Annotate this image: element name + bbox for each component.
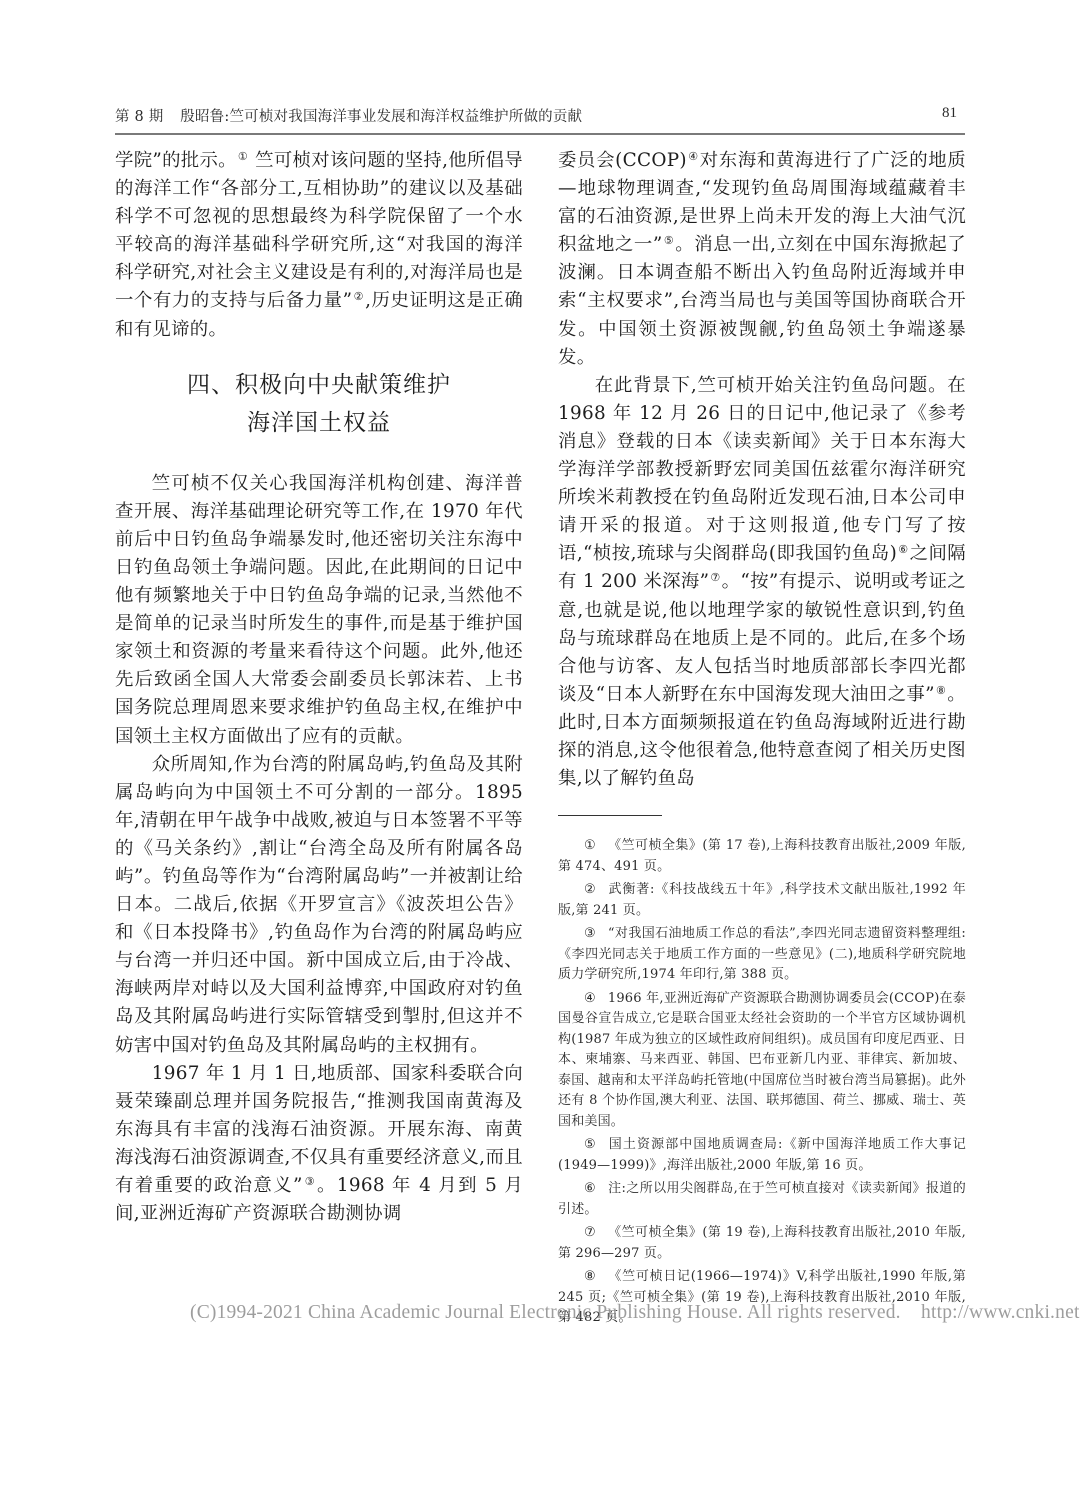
section-title-line1: 四、积极向中央献策维护 [115, 366, 523, 404]
left-paragraphs-before: 学院”的批示。① 竺可桢对该问题的坚持,他所倡导的海洋工作“各部分工,互相协助”… [115, 147, 523, 344]
copyright-watermark: (C)1994-2021 China Academic Journal Elec… [190, 1302, 1080, 1324]
paragraph-text: 委员会(CCOP) [558, 150, 687, 171]
body-paragraph: 1967 年 1 月 1 日,地质部、国家科委联合向聂荣臻副总理并国务院报告,“… [115, 1060, 523, 1229]
header-rule [115, 133, 965, 135]
footnote-reference[interactable]: ③ [304, 1175, 316, 1188]
footnote-mark: ④ [558, 989, 596, 1010]
body-paragraph: 众所周知,作为台湾的附属岛屿,钓鱼岛及其附属岛屿向为中国领土不可分割的一部分。1… [115, 751, 523, 1060]
footnote-separator [558, 815, 662, 816]
left-column: 学院”的批示。① 竺可桢对该问题的坚持,他所倡导的海洋工作“各部分工,互相协助”… [115, 147, 523, 1228]
footnote-text: 注:之所以用尖阁群岛,在于竺可桢直接对《读卖新闻》报道的引述。 [558, 1181, 966, 1217]
footnote-reference[interactable]: ⑤ [664, 234, 675, 247]
page-number: 81 [942, 105, 957, 122]
body-paragraph: 在此背景下,竺可桢开始关注钓鱼岛问题。在 1968 年 12 月 26 日的日记… [558, 372, 966, 793]
body-paragraph: 委员会(CCOP)④对东海和黄海进行了广泛的地质—地球物理调查,“发现钓鱼岛周围… [558, 147, 966, 372]
footnote-reference[interactable]: ② [353, 290, 364, 303]
footnote-mark: ⑧ [558, 1267, 596, 1288]
footnote-reference[interactable]: ① [238, 150, 248, 163]
right-column: 委员会(CCOP)④对东海和黄海进行了广泛的地质—地球物理调查,“发现钓鱼岛周围… [558, 147, 966, 1332]
footnote: ③“对我国石油地质工作总的看法”,李四光同志遗留资料整理组:《李四光同志关于地质… [558, 924, 966, 986]
footnote-reference[interactable]: ⑥ [898, 543, 909, 556]
paragraph-text: 竺可桢不仅关心我国海洋机构创建、海洋普查开展、海洋基础理论研究等工作,在 197… [115, 473, 523, 747]
paragraph-text: 学院”的批示。 [115, 150, 237, 171]
footnote-mark: ③ [558, 924, 596, 945]
running-header: 第 8 期 殷昭鲁:竺可桢对我国海洋事业发展和海洋权益维护所做的贡献 81 [115, 105, 965, 127]
footnote: ⑥注:之所以用尖阁群岛,在于竺可桢直接对《读卖新闻》报道的引述。 [558, 1179, 966, 1220]
right-paragraphs: 委员会(CCOP)④对东海和黄海进行了广泛的地质—地球物理调查,“发现钓鱼岛周围… [558, 147, 966, 793]
footnote-reference[interactable]: ⑦ [710, 571, 720, 584]
footnote-text: 国土资源部中国地质调查局:《新中国海洋地质工作大事记(1949—1999)》,海… [558, 1137, 966, 1173]
footnote-mark: ⑦ [558, 1223, 596, 1244]
paragraph-text: 竺可桢对该问题的坚持,他所倡导的海洋工作“各部分工,互相协助”的建议以及基础科学… [115, 150, 523, 311]
footnote-text: 《竺可桢全集》(第 17 卷),上海科技教育出版社,2009 年版,第 474、… [558, 838, 966, 874]
left-paragraphs-after: 竺可桢不仅关心我国海洋机构创建、海洋普查开展、海洋基础理论研究等工作,在 197… [115, 470, 523, 1229]
footnote-text: “对我国石油地质工作总的看法”,李四光同志遗留资料整理组:《李四光同志关于地质工… [558, 926, 966, 982]
footnote-text: 武衡著:《科技战线五十年》,科学技术文献出版社,1992 年版,第 241 页。 [558, 882, 966, 918]
footnote-mark: ⑤ [558, 1135, 596, 1156]
footnote-text: 《竺可桢全集》(第 19 卷),上海科技教育出版社,2010 年版,第 296—… [558, 1225, 966, 1261]
footnote: ⑤国土资源部中国地质调查局:《新中国海洋地质工作大事记(1949—1999)》,… [558, 1135, 966, 1176]
footnote-reference[interactable]: ⑧ [936, 684, 946, 697]
paragraph-text: 众所周知,作为台湾的附属岛屿,钓鱼岛及其附属岛屿向为中国领土不可分割的一部分。1… [115, 754, 523, 1056]
paragraph-text: 在此背景下,竺可桢开始关注钓鱼岛问题。在 1968 年 12 月 26 日的日记… [558, 375, 966, 565]
issue-number: 第 8 期 [115, 109, 163, 125]
body-paragraph: 学院”的批示。① 竺可桢对该问题的坚持,他所倡导的海洋工作“各部分工,互相协助”… [115, 147, 523, 344]
running-title: 殷昭鲁:竺可桢对我国海洋事业发展和海洋权益维护所做的贡献 [180, 109, 582, 125]
footnote-mark: ⑥ [558, 1179, 596, 1200]
footnote: ②武衡著:《科技战线五十年》,科学技术文献出版社,1992 年版,第 241 页… [558, 880, 966, 921]
body-paragraph: 竺可桢不仅关心我国海洋机构创建、海洋普查开展、海洋基础理论研究等工作,在 197… [115, 470, 523, 751]
footnote: ⑦《竺可桢全集》(第 19 卷),上海科技教育出版社,2010 年版,第 296… [558, 1223, 966, 1264]
footnote: ①《竺可桢全集》(第 17 卷),上海科技教育出版社,2009 年版,第 474… [558, 836, 966, 877]
footnote: ④1966 年,亚洲近海矿产资源联合勘测协调委员会(CCOP)在泰国曼谷宣告成立… [558, 989, 966, 1133]
footnote-mark: ② [558, 880, 596, 901]
section-title-line2: 海洋国土权益 [115, 404, 523, 442]
section-title: 四、积极向中央献策维护 海洋国土权益 [115, 366, 523, 442]
footnote-text: 1966 年,亚洲近海矿产资源联合勘测协调委员会(CCOP)在泰国曼谷宣告成立,… [558, 991, 966, 1129]
footnote-mark: ① [558, 836, 596, 857]
footnote-reference[interactable]: ④ [688, 150, 699, 163]
footnotes: ①《竺可桢全集》(第 17 卷),上海科技教育出版社,2009 年版,第 474… [558, 836, 966, 1329]
header-left: 第 8 期 殷昭鲁:竺可桢对我国海洋事业发展和海洋权益维护所做的贡献 [115, 105, 582, 126]
